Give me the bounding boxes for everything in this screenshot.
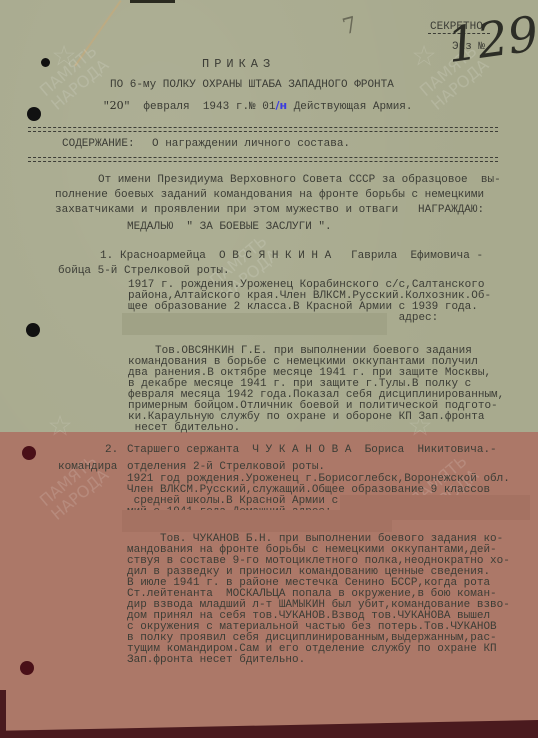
redacted-address	[122, 313, 387, 335]
divider	[28, 157, 498, 162]
citation-line: Зап.фронта несет бдительно.	[127, 655, 305, 666]
date-place: Действующая Армия.	[294, 101, 413, 113]
divider	[28, 127, 498, 132]
entry-position-prefix: командира	[58, 462, 117, 473]
paper-tab	[130, 0, 175, 3]
content-label: СОДЕРЖАНИЕ:	[62, 139, 135, 150]
date-day: 20	[110, 99, 124, 112]
document-subtitle: ПО 6-му ПОЛКУ ОХРАНЫ ШТАБА ЗАПАДНОГО ФРО…	[110, 80, 394, 91]
document-title: ПРИКАЗ	[202, 59, 275, 70]
date-line: "20" февраля 1943 г.№ 01/н Действующая А…	[103, 100, 413, 113]
award-name: МЕДАЛЬЮ " ЗА БОЕВЫЕ ЗАСЛУГИ ".	[127, 222, 332, 233]
star-icon: ☆	[412, 30, 436, 79]
redacted-address	[122, 510, 392, 532]
punch-hole	[41, 58, 50, 67]
citation-line: несет бдительно.	[128, 423, 240, 434]
content-text: О награждении личного состава.	[152, 139, 350, 150]
punch-hole	[22, 446, 36, 460]
entry-heading: Красноармейца О В С Я Н К И Н А Гаврила …	[120, 251, 483, 262]
order-suffix: /н	[275, 99, 287, 112]
handwritten-number: 129	[443, 4, 538, 76]
entry-number: 2.	[105, 445, 118, 456]
entry-position: бойца 5-й Стрелковой роты.	[58, 266, 230, 277]
entry-number: 1.	[100, 251, 113, 262]
entry-position: отделения 2-й Стрелковой роты.	[127, 462, 325, 473]
paper-left-edge	[0, 690, 6, 738]
preamble-line: полнение боевых заданий командования на …	[55, 190, 484, 201]
punch-hole	[26, 323, 40, 337]
star-icon: ☆	[48, 400, 72, 449]
date-text: февраля 1943 г.№ 01	[143, 101, 275, 113]
punch-hole	[20, 661, 34, 675]
star-icon: ☆	[52, 30, 76, 79]
preamble-line: захватчиками и проявлении при этом мужес…	[55, 205, 484, 216]
preamble-line: От имени Президиума Верховного Совета СС…	[98, 175, 501, 186]
entry-heading: Старшего сержанта Ч У К А Н О В А Бориса…	[127, 445, 497, 456]
punch-hole	[27, 107, 41, 121]
